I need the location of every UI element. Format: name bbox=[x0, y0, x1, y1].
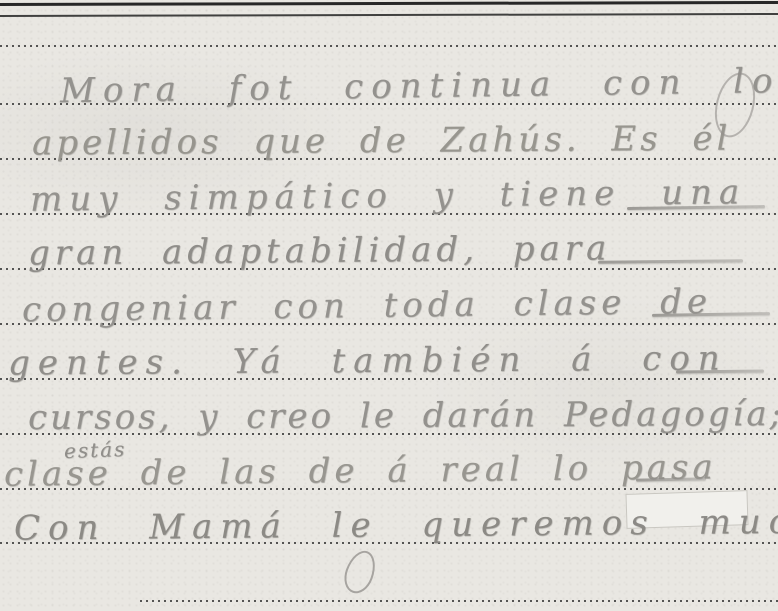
pencil-stroke bbox=[598, 259, 743, 264]
handwritten-line: cursos, y creo le darán Pedagogía; bbox=[28, 397, 778, 435]
handwritten-line: apellidos que de Zahús. Es él bbox=[32, 122, 732, 161]
handwritten-line: Con Mamá le queremos mucho bbox=[14, 504, 778, 545]
handwritten-line: gentes. Yá también á con bbox=[8, 341, 728, 380]
ruled-line bbox=[0, 44, 778, 47]
handwritten-insertion: estás bbox=[64, 439, 127, 461]
pencil-stroke bbox=[676, 369, 764, 373]
page-top-edge-line bbox=[0, 1, 778, 17]
ruled-line bbox=[140, 599, 778, 602]
pencil-loop-mark bbox=[339, 547, 380, 598]
handwritten-line: gran adaptabilidad, para bbox=[28, 231, 612, 270]
paper: Mora fot continua con los apellidos que … bbox=[0, 0, 778, 611]
handwritten-line: Mora fot continua con los bbox=[60, 64, 778, 108]
handwritten-line: congeniar con toda clase de bbox=[22, 285, 712, 327]
handwritten-line: muy simpático y tiene una bbox=[30, 175, 747, 216]
